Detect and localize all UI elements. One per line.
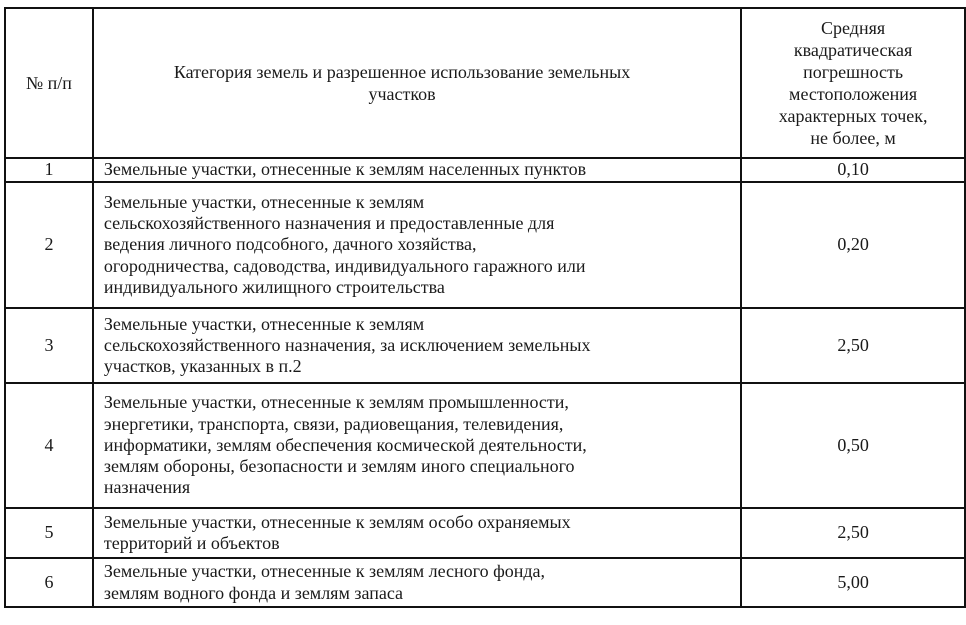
table-row: 5 Земельные участки, отнесенные к землям… bbox=[5, 508, 965, 558]
table-row: 6 Земельные участки, отнесенные к землям… bbox=[5, 558, 965, 607]
table-row: 1 Земельные участки, отнесенные к землям… bbox=[5, 158, 965, 182]
row-category: Земельные участки, отнесенные к землям л… bbox=[93, 558, 741, 607]
row-category: Земельные участки, отнесенные к землям п… bbox=[93, 383, 741, 508]
header-error-line: погрешность bbox=[742, 61, 964, 83]
row-number: 6 bbox=[5, 558, 93, 607]
header-number: № п/п bbox=[5, 8, 93, 158]
accuracy-table: № п/п Категория земель и разрешенное исп… bbox=[4, 7, 966, 608]
row-error-value: 5,00 bbox=[741, 558, 965, 607]
row-error-value: 0,20 bbox=[741, 182, 965, 308]
header-error-line: характерных точек, bbox=[742, 105, 964, 127]
row-number: 1 bbox=[5, 158, 93, 182]
table-row: 2 Земельные участки, отнесенные к землям… bbox=[5, 182, 965, 308]
row-category: Земельные участки, отнесенные к землям о… bbox=[93, 508, 741, 558]
row-error-value: 2,50 bbox=[741, 308, 965, 383]
header-category: Категория земель и разрешенное использов… bbox=[93, 8, 741, 158]
header-category-line: Категория земель и разрешенное использов… bbox=[104, 61, 700, 83]
row-category: Земельные участки, отнесенные к землям с… bbox=[93, 308, 741, 383]
row-number: 3 bbox=[5, 308, 93, 383]
table-header-row: № п/п Категория земель и разрешенное исп… bbox=[5, 8, 965, 158]
row-error-value: 2,50 bbox=[741, 508, 965, 558]
row-number: 5 bbox=[5, 508, 93, 558]
table-row: 3 Земельные участки, отнесенные к землям… bbox=[5, 308, 965, 383]
row-category: Земельные участки, отнесенные к землям н… bbox=[93, 158, 741, 182]
header-error-line: Средняя bbox=[742, 17, 964, 39]
header-error-line: не более, м bbox=[742, 127, 964, 149]
header-error: Средняя квадратическая погрешность место… bbox=[741, 8, 965, 158]
row-category: Земельные участки, отнесенные к землям с… bbox=[93, 182, 741, 308]
header-category-line: участков bbox=[104, 83, 700, 105]
row-error-value: 0,50 bbox=[741, 383, 965, 508]
header-error-line: квадратическая bbox=[742, 39, 964, 61]
table-row: 4 Земельные участки, отнесенные к землям… bbox=[5, 383, 965, 508]
header-error-line: местоположения bbox=[742, 83, 964, 105]
row-error-value: 0,10 bbox=[741, 158, 965, 182]
row-number: 4 bbox=[5, 383, 93, 508]
row-number: 2 bbox=[5, 182, 93, 308]
